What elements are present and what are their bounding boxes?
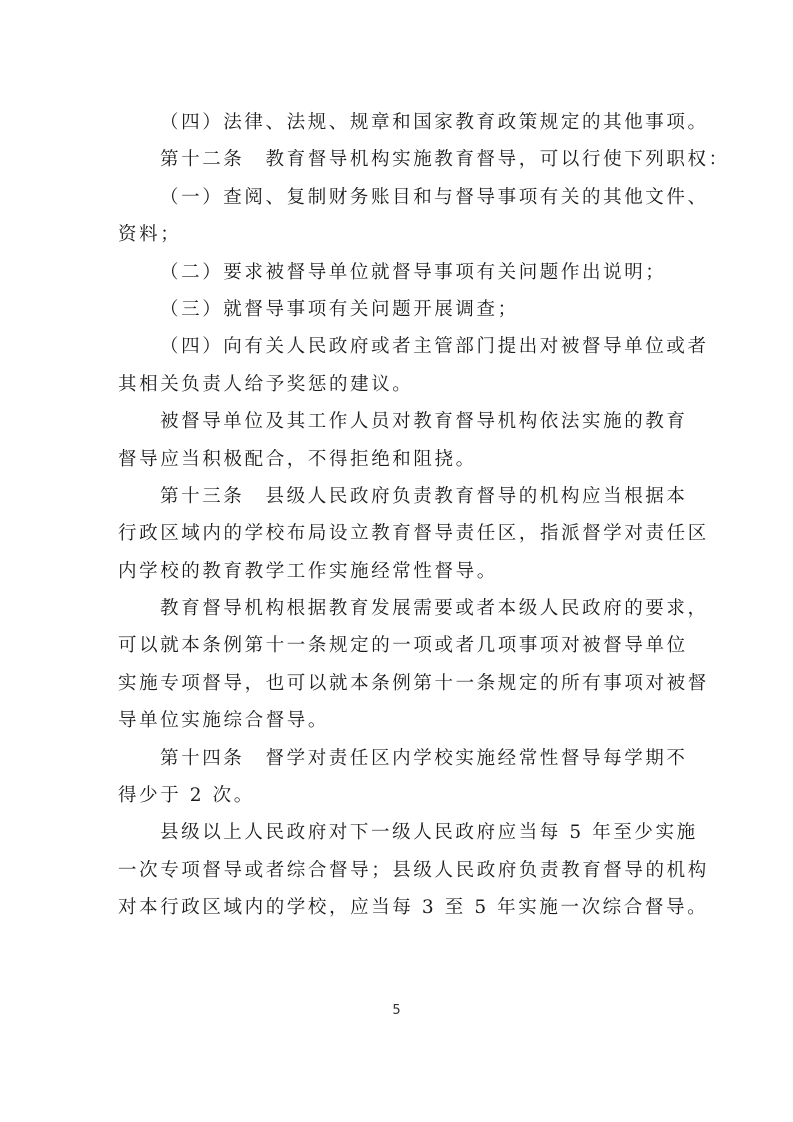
text-line: 一次专项督导或者综合督导；县级人民政府负责教育督导的机构 [118,852,674,889]
text-line: 其相关负责人给予奖惩的建议。 [118,366,674,403]
article-12-heading: 第十二条 教育督导机构实施教育督导，可以行使下列职权： [118,141,674,178]
text-line: （三）就督导事项有关问题开展调查； [118,291,674,328]
text-line: 被督导单位及其工作人员对教育督导机构依法实施的教育 [118,403,674,440]
text-line: 行政区域内的学校布局设立教育督导责任区，指派督学对责任区 [118,515,674,552]
text-line: （二）要求被督导单位就督导事项有关问题作出说明； [118,254,674,291]
text-line: （四）向有关人民政府或者主管部门提出对被督导单位或者 [118,328,674,365]
text-line: 资料； [118,216,674,253]
article-14-heading: 第十四条 督学对责任区内学校实施经常性督导每学期不 [118,740,674,777]
page-number: 5 [0,1003,793,1018]
text-line: 实施专项督导，也可以就本条例第十一条规定的所有事项对被督 [118,665,674,702]
article-13-heading: 第十三条 县级人民政府负责教育督导的机构应当根据本 [118,478,674,515]
text-line: （一）查阅、复制财务账目和与督导事项有关的其他文件、 [118,179,674,216]
text-line: 导单位实施综合督导。 [118,702,674,739]
text-line: 内学校的教育教学工作实施经常性督导。 [118,553,674,590]
text-line: 得少于 2 次。 [118,777,674,814]
text-line: 教育督导机构根据教育发展需要或者本级人民政府的要求， [118,590,674,627]
text-line: 对本行政区域内的学校，应当每 3 至 5 年实施一次综合督导。 [118,889,674,926]
text-line: 督导应当积极配合，不得拒绝和阻挠。 [118,441,674,478]
text-line: 可以就本条例第十一条规定的一项或者几项事项对被督导单位 [118,627,674,664]
document-body: （四）法律、法规、规章和国家教育政策规定的其他事项。 第十二条 教育督导机构实施… [118,104,674,927]
text-line: （四）法律、法规、规章和国家教育政策规定的其他事项。 [118,104,674,141]
text-line: 县级以上人民政府对下一级人民政府应当每 5 年至少实施 [118,814,674,851]
